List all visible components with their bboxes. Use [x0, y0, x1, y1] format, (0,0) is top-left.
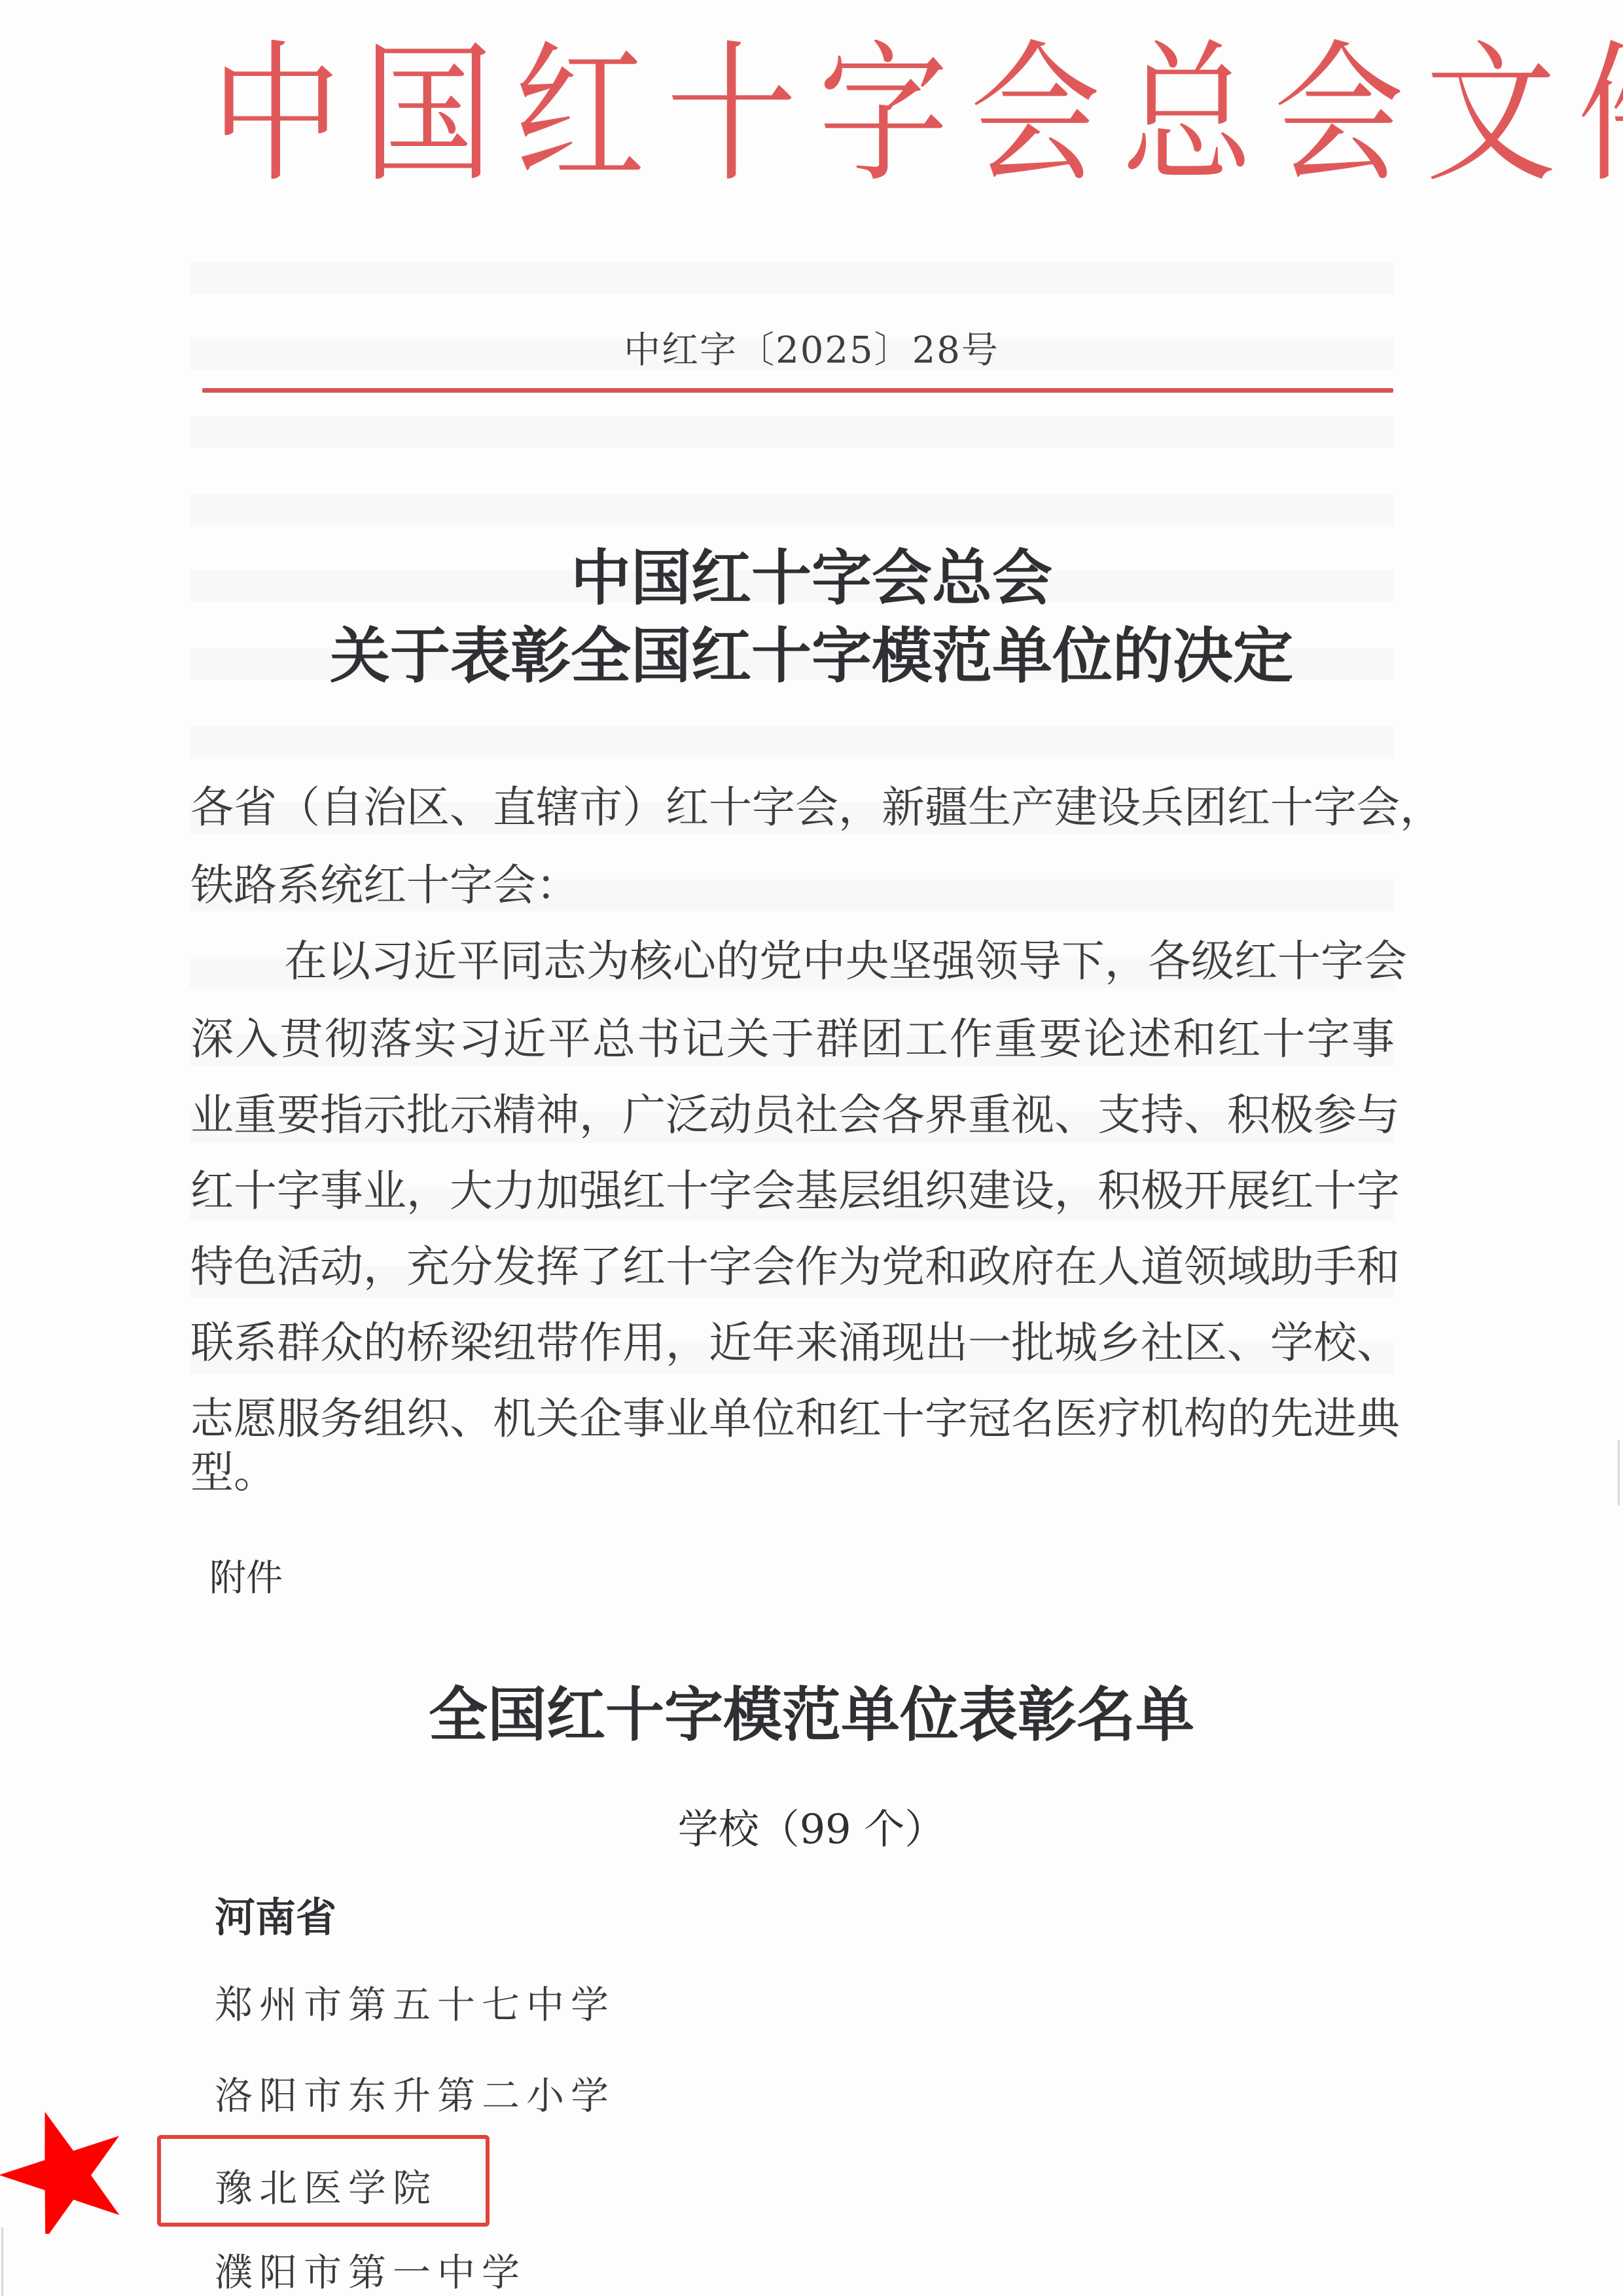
category-heading: 学校（99 个）: [0, 1803, 1623, 1856]
header-char: 会: [970, 26, 1101, 203]
scan-edge: [1618, 1440, 1620, 1505]
body-line: 红十字事业，大力加强红十字会基层组织建设，积极开展红十字: [190, 1158, 1395, 1224]
scan-edge: [1, 2227, 3, 2296]
body-line: 铁路系统红十字会：: [190, 853, 1395, 918]
list-item: 濮阳市第一中学: [215, 2246, 526, 2296]
highlight-box: [157, 2135, 490, 2227]
header-char: 国: [363, 26, 493, 203]
header-char: 红: [514, 26, 645, 203]
document-header-title: 中 国 红 十 字 会 总 会 文 件: [200, 26, 1385, 203]
document-number: 中红字〔2025〕28号: [0, 327, 1623, 374]
decision-title-line1: 中国红十字会总会: [0, 542, 1623, 614]
star-icon: [0, 2106, 128, 2234]
body-line: 在以习近平同志为核心的党中央坚强领导下，各级红十字会: [284, 929, 1395, 994]
body-line: 特色活动，充分发挥了红十字会作为党和政府在人道领域助手和: [190, 1234, 1395, 1300]
header-char: 中: [211, 26, 342, 203]
attachment-label: 附件: [209, 1552, 283, 1605]
decision-title-line2: 关于表彰全国红十字模范单位的决定: [0, 620, 1623, 692]
header-char: 十: [666, 26, 797, 203]
list-item: 郑州市第五十七中学: [215, 1979, 615, 2031]
list-item: 洛阳市东升第二小学: [215, 2070, 615, 2122]
header-char: 件: [1577, 26, 1623, 203]
header-divider: [202, 388, 1393, 393]
body-line: 型。: [190, 1440, 1395, 1505]
body-line: 深入贯彻落实习近平总书记关于群团工作重要论述和红十字事: [190, 1007, 1395, 1072]
header-char: 字: [818, 26, 949, 203]
header-char: 文: [1425, 26, 1556, 203]
header-char: 总: [1122, 26, 1253, 203]
body-line: 业重要指示批示精神，广泛动员社会各界重视、支持、积极参与: [190, 1083, 1395, 1148]
province-heading: 河南省: [215, 1892, 336, 1944]
body-line: 联系群众的桥梁纽带作用，近年来涌现出一批城乡社区、学校、: [190, 1310, 1395, 1376]
body-line: 各省（自治区、直辖市）红十字会，新疆生产建设兵团红十字会，: [190, 775, 1395, 840]
list-title: 全国红十字模范单位表彰名单: [0, 1676, 1623, 1754]
header-char: 会: [1274, 26, 1404, 203]
